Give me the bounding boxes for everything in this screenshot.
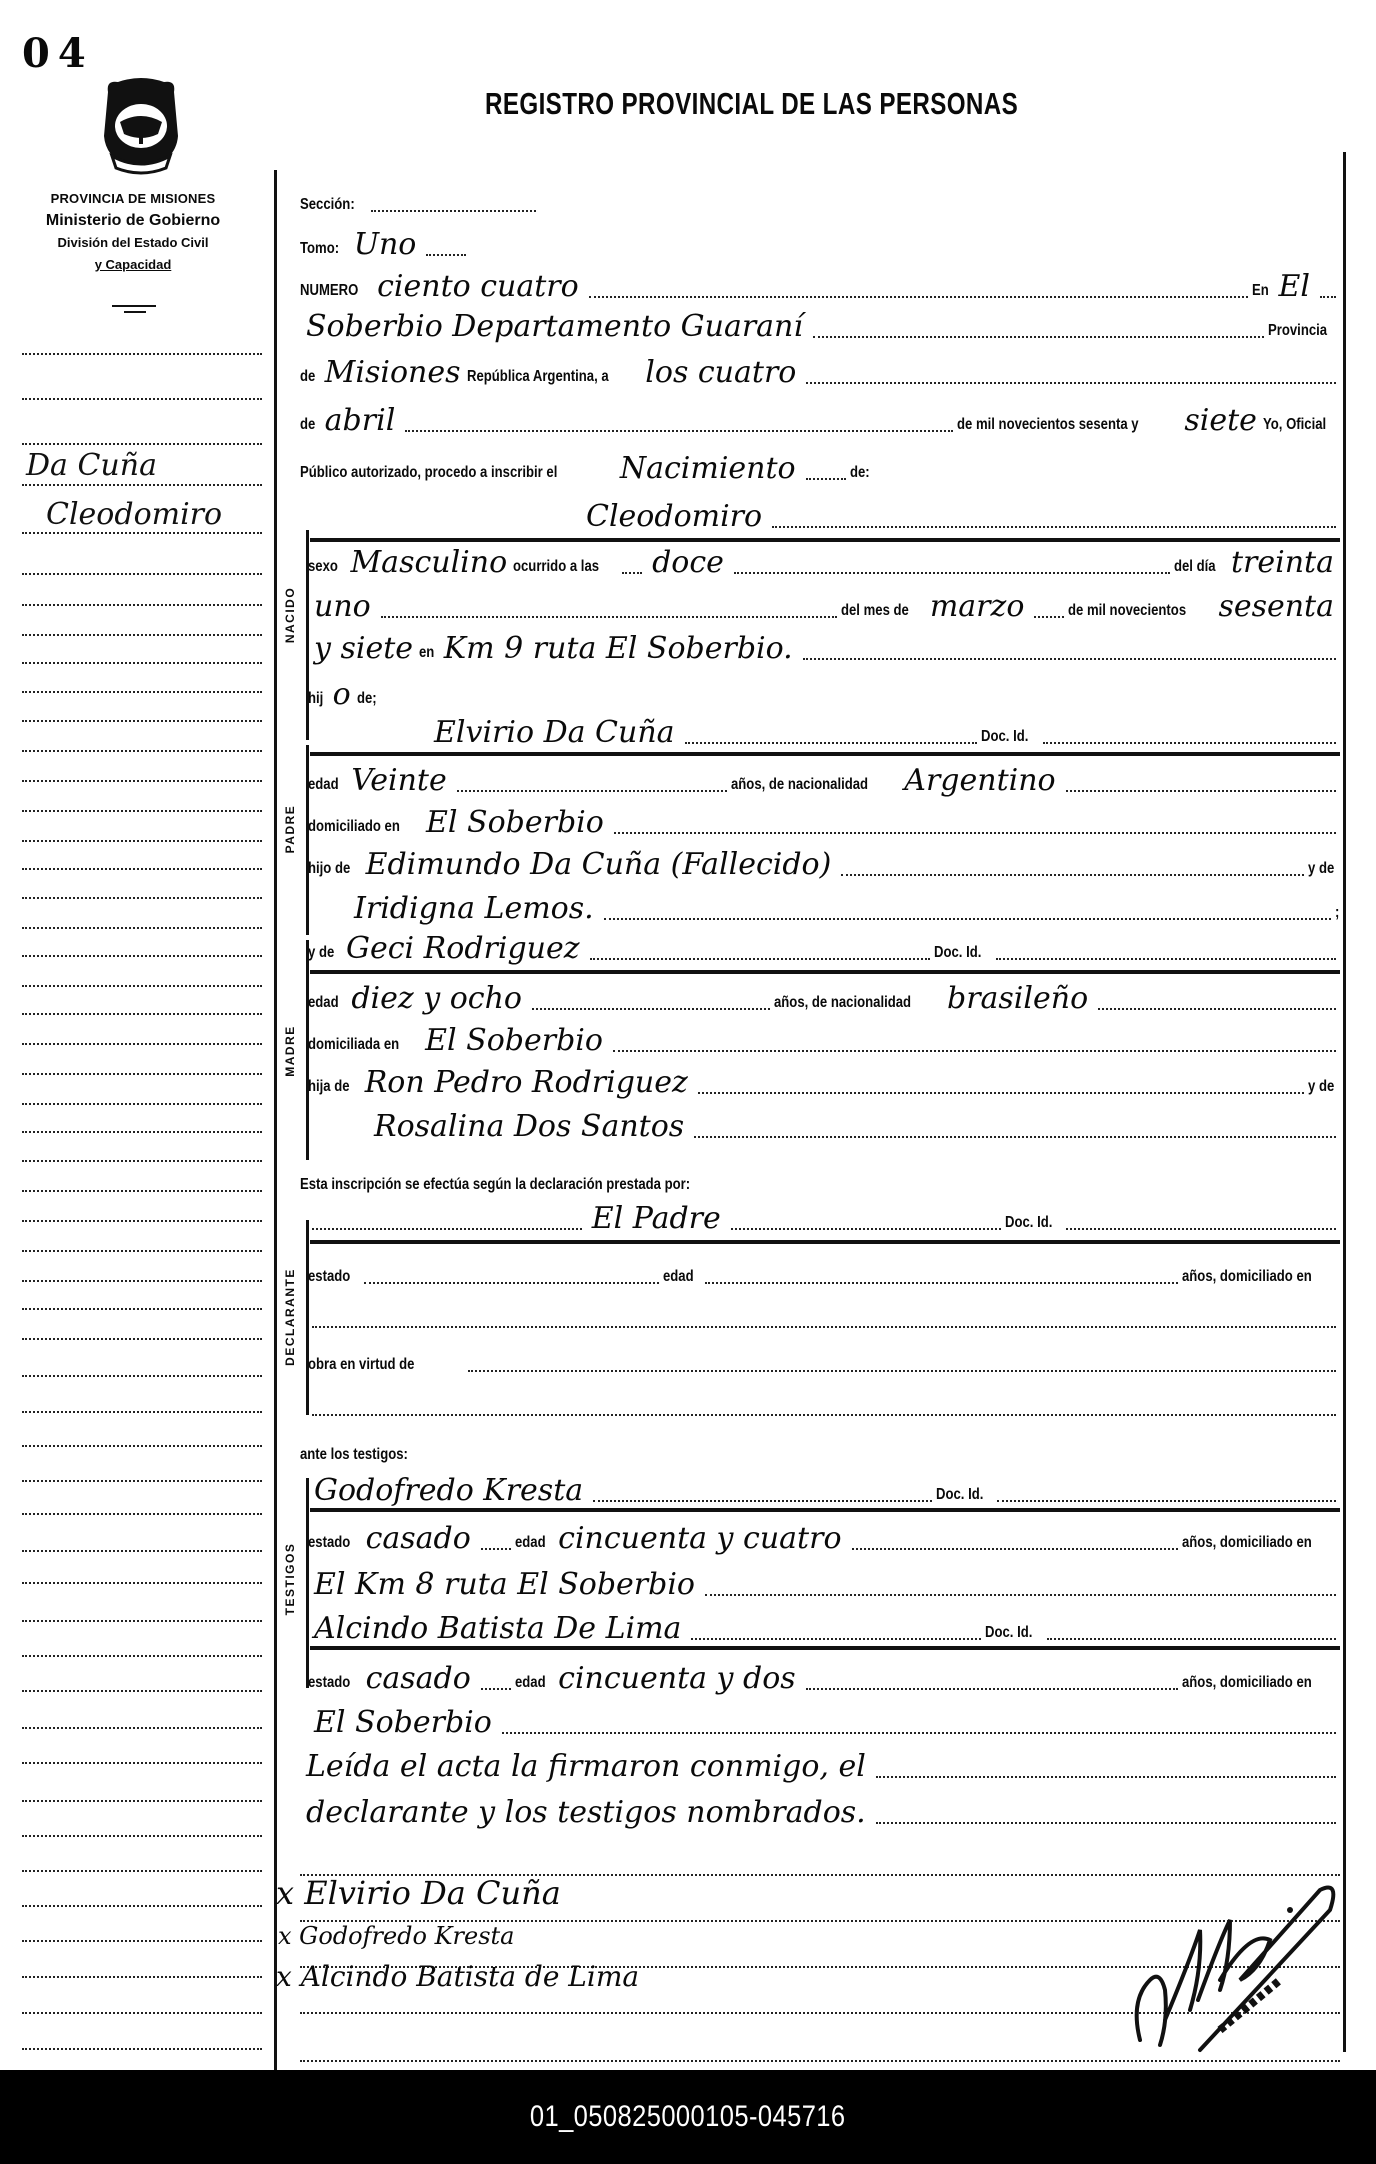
margin-line [22,532,262,534]
declarante-doc-field[interactable] [1066,1228,1336,1230]
testigos-intro-label: ante los testigos: [300,1446,408,1468]
dotted-fill [481,1548,511,1550]
testigo1-domicilio-row: El Km 8 ruta El Soberbio [308,1562,1340,1602]
hijo-label: hij [308,690,323,712]
stamp-number: 04 [22,30,94,77]
margin-note-name: Cleodomiro [46,497,222,532]
mes-value: marzo [924,590,1031,624]
declarante-estado-field[interactable] [364,1282,660,1284]
testigo2-estado-value: casado [360,1662,477,1696]
sexo-row: sexo Masculino ocurrido a las doce del d… [308,540,1340,580]
dotted-fill [841,874,1304,876]
abuela-materna-value: Rosalina Dos Santos [368,1110,690,1144]
madre-madre-row: Rosalina Dos Santos [308,1104,1340,1144]
margin-line [22,691,262,693]
dotted-fill [426,254,466,256]
ocurrido-label: ocurrido a las [513,558,599,580]
margin-line [22,484,262,486]
birth-certificate-page: 04 PROVINCIA DE MISIONES Ministerio de G… [0,0,1376,2070]
madre-doc-field[interactable] [996,958,1336,960]
dotted-fill [852,1548,1178,1550]
section-rule [310,1508,1340,1512]
y-de-label: y de [1308,1078,1334,1100]
signature-testigo-1: x Godofredo Kresta [278,1922,514,1950]
testigo1-nombre-row: Godofredo Kresta Doc. Id. [308,1468,1340,1508]
section-label-nacido: NACIDO [283,545,297,685]
margin-line [22,1655,262,1657]
image-id-label: 01_050825000105-045716 [530,2100,846,2134]
margin-line [22,662,262,664]
officer-signature-icon [1120,1870,1350,2060]
dotted-fill [405,430,953,432]
madre-edad-value: diez y ocho [345,982,528,1016]
closing-row-1: Leída el acta la firmaron conmigo, el [300,1744,1340,1784]
testigo2-edad-value: cincuenta y dos [552,1662,802,1696]
margin-line [22,1375,262,1377]
dotted-fill [614,832,1336,834]
hijo-row: hij o de; [308,672,508,712]
margin-line [22,1073,262,1075]
oficial-label: Yo, Oficial [1263,416,1326,438]
declarante-doc-label: Doc. Id. [1005,1214,1052,1236]
margin-line [22,1131,262,1133]
dotted-fill [806,478,846,480]
signature-line [300,2060,1340,2062]
signature-testigo-2: x Alcindo Batista de Lima [276,1960,639,1993]
margin-line [22,720,262,722]
nacionalidad-label: años, de nacionalidad [774,994,911,1016]
divider [112,305,156,307]
section-rule [310,970,1340,974]
margin-line [22,1250,262,1252]
margin-line [22,1338,262,1340]
hijo-value: o [327,678,357,712]
padre-madre-row: Iridigna Lemos. ; [308,886,1340,926]
estado-label: estado [308,1534,350,1556]
right-frame-line [1343,152,1346,2052]
dotted-fill [312,1228,582,1230]
signature-padre: x Elvirio Da Cuña [276,1874,561,1912]
en-value: El [1273,270,1317,304]
dotted-fill [613,1050,1336,1052]
page-title: REGISTRO PROVINCIAL DE LAS PERSONAS [485,86,1018,122]
section-label-madre: MADRE [283,981,297,1121]
de-label: de; [357,690,377,712]
padre-doc-field[interactable] [1043,742,1336,744]
margin-line [22,1762,262,1764]
lugar-nacimiento-row: y siete en Km 9 ruta El Soberbio. [308,626,1340,666]
margin-line [22,1905,262,1907]
margin-line [22,1160,262,1162]
margin-line [22,1870,262,1872]
domicilio-label: domiciliado en [308,818,400,840]
margin-line [22,1835,262,1837]
margin-line [22,1582,262,1584]
abuelo-paterno-value: Edimundo Da Cuña (Fallecido) [360,848,838,882]
hora-value: doce [646,546,730,580]
margin-line [22,1480,262,1482]
margin-line [22,750,262,752]
anio-value-1: sesenta [1212,590,1340,624]
margin-line [22,634,262,636]
dotted-fill [502,1732,1336,1734]
padre-filiacion-row: hijo de Edimundo Da Cuña (Fallecido) y d… [308,842,1340,882]
edad-label: edad [515,1674,546,1696]
declarante-intro-row: Esta inscripción se efectúa según la dec… [300,1158,1340,1198]
dotted-fill [698,1092,1304,1094]
domicilio-label: años, domiciliado en [1182,1674,1312,1696]
issuer-division: División del Estado Civil [8,232,258,254]
dotted-fill [589,296,1248,298]
dotted-fill [803,658,1336,660]
de2-label: de [300,416,315,438]
image-id-bar: 01_050825000105-045716 [0,2070,1376,2164]
margin-divider-line [274,170,277,2070]
testigos-intro-row: ante los testigos: [300,1428,1340,1468]
dotted-fill [593,1500,932,1502]
dotted-fill [694,1136,1336,1138]
dotted-fill [876,1776,1336,1778]
margin-line [22,2012,262,2014]
section-rule [310,1240,1340,1244]
abuelo-materno-value: Ron Pedro Rodriguez [359,1066,694,1100]
margin-line [22,897,262,899]
padre-domicilio-value: El Soberbio [420,806,610,840]
margin-line [22,840,262,842]
republica-label: República Argentina, a [467,368,609,390]
margin-line [22,1940,262,1942]
publico-label: Público autorizado, procedo a inscribir … [300,464,557,486]
padre-nacionalidad-value: Argentino [898,764,1061,798]
testigo2-doc-field[interactable] [1047,1638,1336,1640]
testigo2-doc-label: Doc. Id. [985,1624,1032,1646]
dotted-fill [731,1228,1001,1230]
tomo-value: Uno [348,228,423,262]
madre-filiacion-row: hija de Ron Pedro Rodriguez y de [308,1060,1340,1100]
declarante-edad-field[interactable] [705,1282,1178,1284]
dotted-fill [1066,790,1336,792]
margin-line [22,1190,262,1192]
dotted-fill [590,958,930,960]
coat-of-arms-icon [96,76,186,178]
nombre-row: Cleodomiro [300,494,1340,534]
testigo2-domicilio-row: El Soberbio [308,1700,1340,1740]
margin-line [22,353,262,355]
tomo-row: Tomo: Uno [300,222,470,262]
madre-nombre-value: Geci Rodriguez [340,932,586,966]
section-rule [310,1646,1340,1650]
margin-line [22,2048,262,2050]
madre-edad-row: edad diez y ocho años, de nacionalidad b… [308,976,1340,1016]
dotted-fill [685,742,978,744]
dotted-fill [691,1638,980,1640]
anio-label: de mil novecientos [1068,602,1186,624]
dotted-fill [381,616,837,618]
dia-value-2: uno [308,590,377,624]
dotted-fill [1098,1008,1336,1010]
testigo1-estado-value: casado [360,1522,477,1556]
estado-label: estado [308,1674,350,1696]
nombre-value: Cleodomiro [580,500,768,534]
numero-label: NUMERO [300,282,358,304]
provincia-row: de Misiones República Argentina, a los c… [300,350,1340,390]
edad-label: edad [308,994,339,1016]
margin-line [22,1013,262,1015]
anio-value-2: y siete [308,632,419,666]
closing-line-1: Leída el acta la firmaron conmigo, el [300,1750,872,1784]
fecha-row: de abril de mil novecientos sesenta y si… [300,398,1340,438]
provincia-label: Provincia [1268,322,1327,344]
declarante-domicilio-row [308,1294,1340,1334]
padre-edad-row: edad Veinte años, de nacionalidad Argent… [308,758,1340,798]
issuer-ministry: Ministerio de Gobierno [8,210,258,232]
dotted-fill [1320,296,1336,298]
nacionalidad-label: años, de nacionalidad [731,776,868,798]
dotted-fill [806,382,1336,384]
declarante-obra-row: obra en virtud de [308,1338,1340,1378]
testigo2-domicilio-value: El Soberbio [308,1706,498,1740]
sexo-label: sexo [308,558,338,580]
estado-label: estado [308,1268,350,1290]
issuer-block: PROVINCIA DE MISIONES Ministerio de Gobi… [8,188,258,276]
closing-line-2: declarante y los testigos nombrados. [300,1796,872,1830]
seccion-field[interactable] [371,210,536,212]
lugar-value: Soberbio Departamento Guaraní [300,310,809,344]
testigo1-doc-field[interactable] [997,1500,1336,1502]
mes-label: del mes de [841,602,909,624]
margin-line [22,955,262,957]
margin-line [22,927,262,929]
mes-row: uno del mes de marzo de mil novecientos … [308,584,1340,624]
dia-value-1: treinta [1225,546,1340,580]
margin-line [22,780,262,782]
margin-line [22,1690,262,1692]
declarante-domicilio-field[interactable] [312,1326,1336,1328]
dotted-fill [772,526,1336,528]
en-label: en [419,644,434,666]
provincia-value: Misiones [319,356,467,390]
obra-label: obra en virtud de [308,1356,414,1378]
sexo-value: Masculino [344,546,513,580]
edad-label: edad [663,1268,694,1290]
publico-row: Público autorizado, procedo a inscribir … [300,446,1340,486]
acto-value: Nacimiento [614,452,802,486]
margin-line [22,1411,262,1413]
abuela-paterna-value: Iridigna Lemos. [348,892,600,926]
madre-doc-label: Doc. Id. [934,944,981,966]
anio-value: siete [1178,404,1263,438]
dotted-fill [604,918,1331,920]
domicilio-label: años, domiciliado en [1182,1268,1312,1290]
padre-domicilio-row: domiciliado en El Soberbio [308,800,1340,840]
testigo1-domicilio-value: El Km 8 ruta El Soberbio [308,1568,701,1602]
testigo2-nombre-value: Alcindo Batista De Lima [308,1612,687,1646]
margin-line [22,398,262,400]
testigo1-doc-label: Doc. Id. [936,1486,983,1508]
declarante-obra-field[interactable] [468,1370,1336,1372]
tomo-label: Tomo: [300,240,339,262]
dia-value: los cuatro [639,356,802,390]
dotted-fill [481,1688,511,1690]
testigo2-estado-row: estado casado edad cincuenta y dos años,… [308,1656,1340,1696]
seccion-label: Sección: [300,196,355,218]
margin-line [22,1800,262,1802]
dotted-fill [1034,616,1064,618]
lugar-row: Soberbio Departamento Guaraní Provincia [300,304,1340,344]
closing-row-2: declarante y los testigos nombrados. [300,1790,1340,1830]
madre-nacionalidad-value: brasileño [941,982,1094,1016]
dotted-fill [622,572,642,574]
de-label: de [300,368,315,390]
margin-line [22,1280,262,1282]
declarante-obra-row-2 [308,1382,1340,1422]
y-de-label: y de [1308,860,1334,882]
dotted-fill [705,1594,1336,1596]
declarante-estado-row: estado edad años, domiciliado en [308,1250,1340,1290]
margin-line [22,1620,262,1622]
section-label-declarante: DECLARANTE [283,1247,297,1387]
edad-label: edad [308,776,339,798]
margin-line [22,443,262,445]
y-de-label: y de [308,944,334,966]
en-label: En [1252,282,1269,304]
padre-nombre-value: Elvirio Da Cuña [428,716,681,750]
madre-domicilio-row: domiciliada en El Soberbio [308,1018,1340,1058]
hija-de-label: hija de [308,1078,350,1100]
dotted-fill [876,1822,1336,1824]
madre-nombre-row: y de Geci Rodriguez Doc. Id. [308,926,1340,966]
semicolon: ; [1335,904,1339,926]
margin-line [22,985,262,987]
margin-line [22,1727,262,1729]
lugar-value: Km 9 ruta El Soberbio. [438,632,799,666]
padre-doc-label: Doc. Id. [981,728,1028,750]
numero-row: NUMERO ciento cuatro En El [300,264,1340,304]
margin-line [22,1308,262,1310]
margin-line [22,810,262,812]
margin-line [22,868,262,870]
domicilio-label: años, domiciliado en [1182,1534,1312,1556]
mes-value: abril [319,404,402,438]
dotted-fill [312,1414,1336,1416]
testigo1-edad-value: cincuenta y cuatro [552,1522,847,1556]
margin-line [22,1976,262,1978]
edad-label: edad [515,1534,546,1556]
seccion-row: Sección: [300,178,540,218]
margin-line [22,1513,262,1515]
testigo1-estado-row: estado casado edad cincuenta y cuatro añ… [308,1516,1340,1556]
hijo-de-label: hijo de [308,860,350,882]
domicilio-label: domiciliada en [308,1036,399,1058]
madre-domicilio-value: El Soberbio [419,1024,609,1058]
declarante-nombre-row: El Padre Doc. Id. [308,1196,1340,1236]
dotted-fill [813,336,1264,338]
testigo1-nombre-value: Godofredo Kresta [308,1474,589,1508]
padre-edad-value: Veinte [345,764,452,798]
testigo2-nombre-row: Alcindo Batista De Lima Doc. Id. [308,1606,1340,1646]
dotted-fill [532,1008,770,1010]
dotted-fill [806,1688,1178,1690]
numero-value: ciento cuatro [371,270,585,304]
margin-line [22,604,262,606]
de3-label: de: [850,464,870,486]
issuer-capacity: y Capacidad [8,254,258,276]
margin-note-surname: Da Cuña [26,448,157,483]
margin-line [22,573,262,575]
divider [124,311,146,313]
margin-line [22,1220,262,1222]
declarante-nombre-value: El Padre [586,1202,727,1236]
declarante-intro-label: Esta inscripción se efectúa según la dec… [300,1176,690,1198]
dia-label: del día [1174,558,1216,580]
margin-line [22,1550,262,1552]
issuer-province: PROVINCIA DE MISIONES [8,188,258,210]
section-rule [310,752,1340,756]
anio-label: de mil novecientos sesenta y [957,416,1139,438]
padre-nombre-row: Elvirio Da Cuña Doc. Id. [308,710,1340,750]
margin-line [22,1445,262,1447]
dotted-fill [457,790,727,792]
dotted-fill [734,572,1170,574]
section-label-testigos: TESTIGOS [283,1509,297,1649]
margin-line [22,1103,262,1105]
margin-line [22,1043,262,1045]
section-label-padre: PADRE [283,759,297,899]
